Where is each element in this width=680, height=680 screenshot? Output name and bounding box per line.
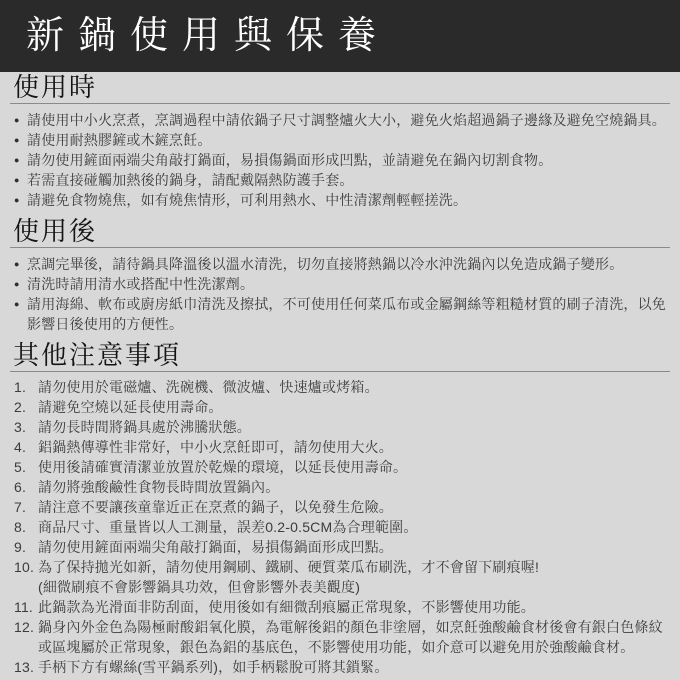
- item-number: 12.: [14, 617, 38, 637]
- other-notes-list: 1. 請勿使用於電磁爐、洗碗機、微波爐、快速爐或烤箱。 2. 請避免空燒以延長使…: [10, 377, 670, 677]
- bullet-icon: ●: [14, 170, 20, 190]
- list-item: 2. 請避免空燒以延長使用壽命。: [14, 397, 670, 417]
- page-content: 使用時 ● 請使用中小火烹煮，烹調過程中請依鍋子尺寸調整爐火大小，避免火焰超過鍋…: [0, 72, 680, 677]
- item-number: 13.: [14, 657, 38, 677]
- list-item: 13. 手柄下方有螺絲(雪平鍋系列)，如手柄鬆脫可將其鎖緊。: [14, 657, 670, 677]
- bullet-icon: ●: [14, 254, 20, 274]
- list-item: 6. 請勿將強酸鹼性食物長時間放置鍋內。: [14, 477, 670, 497]
- list-item: 3. 請勿長時間將鍋具處於沸騰狀態。: [14, 417, 670, 437]
- list-item-text: 請勿使用鏟面兩端尖角敲打鍋面，易損傷鍋面形成凹點。: [38, 537, 670, 557]
- item-number: 2.: [14, 397, 38, 417]
- list-item: ● 請勿使用鏟面兩端尖角敲打鍋面，易損傷鍋面形成凹點，並請避免在鍋內切割食物。: [14, 150, 670, 170]
- item-number: 7.: [14, 497, 38, 517]
- list-item-text: 請使用耐熱膠鏟或木鏟烹飪。: [27, 132, 212, 148]
- item-number: 3.: [14, 417, 38, 437]
- list-item: ● 請避免食物燒焦，如有燒焦情形，可利用熱水、中性清潔劑輕輕搓洗。: [14, 190, 670, 210]
- item-number: 11.: [14, 597, 38, 617]
- list-item: 10. 為了保持拋光如新，請勿使用鋼刷、鐵刷、硬質菜瓜布刷洗，才不會留下刷痕喔!…: [14, 557, 670, 597]
- list-item-text: 此鍋款為光滑面非防刮面，使用後如有細微刮痕屬正常現象，不影響使用功能。: [38, 597, 670, 617]
- item-number: 6.: [14, 477, 38, 497]
- page-header: 新鍋使用與保養: [0, 0, 680, 72]
- list-item-text: 請注意不要讓孩童靠近正在烹煮的鍋子，以免發生危險。: [38, 497, 670, 517]
- list-item-text: 請用海綿、軟布或廚房紙巾清洗及擦拭，不可使用任何菜瓜布或金屬鋼絲等粗糙材質的刷子…: [27, 296, 666, 332]
- list-item: 1. 請勿使用於電磁爐、洗碗機、微波爐、快速爐或烤箱。: [14, 377, 670, 397]
- list-item-text: 請勿將強酸鹼性食物長時間放置鍋內。: [38, 477, 670, 497]
- list-item-text: 請避免食物燒焦，如有燒焦情形，可利用熱水、中性清潔劑輕輕搓洗。: [27, 192, 467, 208]
- list-item-text: 為了保持拋光如新，請勿使用鋼刷、鐵刷、硬質菜瓜布刷洗，才不會留下刷痕喔! (細微…: [38, 557, 670, 597]
- item-number: 5.: [14, 457, 38, 477]
- list-item: ● 若需直接碰觸加熱後的鍋身，請配戴隔熱防護手套。: [14, 170, 670, 190]
- item-number: 4.: [14, 437, 38, 457]
- list-item-text: 若需直接碰觸加熱後的鍋身，請配戴隔熱防護手套。: [27, 172, 354, 188]
- bullet-icon: ●: [14, 190, 20, 210]
- usage-after-list: ● 烹調完畢後，請待鍋具降溫後以溫水清洗，切勿直接將熱鍋以冷水沖洗鍋內以免造成鍋…: [10, 254, 670, 334]
- section-usage-during: 使用時 ● 請使用中小火烹煮，烹調過程中請依鍋子尺寸調整爐火大小，避免火焰超過鍋…: [10, 72, 670, 210]
- section-heading-usage-after: 使用後: [10, 216, 670, 248]
- list-item: 5. 使用後請確實清潔並放置於乾燥的環境，以延長使用壽命。: [14, 457, 670, 477]
- section-heading-usage-during: 使用時: [10, 72, 670, 104]
- list-item: ● 請使用中小火烹煮，烹調過程中請依鍋子尺寸調整爐火大小，避免火焰超過鍋子邊緣及…: [14, 110, 670, 130]
- list-item: ● 請用海綿、軟布或廚房紙巾清洗及擦拭，不可使用任何菜瓜布或金屬鋼絲等粗糙材質的…: [14, 294, 670, 334]
- list-item-text: 請勿使用於電磁爐、洗碗機、微波爐、快速爐或烤箱。: [38, 377, 670, 397]
- list-item-text: 請勿長時間將鍋具處於沸騰狀態。: [38, 417, 670, 437]
- bullet-icon: ●: [14, 274, 20, 294]
- bullet-icon: ●: [14, 110, 20, 130]
- section-other-notes: 其他注意事項 1. 請勿使用於電磁爐、洗碗機、微波爐、快速爐或烤箱。 2. 請避…: [10, 340, 670, 677]
- bullet-icon: ●: [14, 150, 20, 170]
- list-item: 4. 鋁鍋熱傳導性非常好，中小火烹飪即可，請勿使用大火。: [14, 437, 670, 457]
- list-item: 8. 商品尺寸、重量皆以人工測量，誤差0.2-0.5CM為合理範圍。: [14, 517, 670, 537]
- page-title: 新鍋使用與保養: [26, 17, 390, 55]
- item-number: 8.: [14, 517, 38, 537]
- bullet-icon: ●: [14, 130, 20, 150]
- list-item-text: 請使用中小火烹煮，烹調過程中請依鍋子尺寸調整爐火大小，避免火焰超過鍋子邊緣及避免…: [27, 112, 666, 128]
- list-item: 12. 鍋身內外金色為陽極耐酸鋁氧化膜，為電解後鋁的顏色非塗層，如烹飪強酸鹼食材…: [14, 617, 670, 657]
- care-instruction-sheet: 新鍋使用與保養 使用時 ● 請使用中小火烹煮，烹調過程中請依鍋子尺寸調整爐火大小…: [0, 0, 680, 680]
- list-item-text: 請避免空燒以延長使用壽命。: [38, 397, 670, 417]
- section-usage-after: 使用後 ● 烹調完畢後，請待鍋具降溫後以溫水清洗，切勿直接將熱鍋以冷水沖洗鍋內以…: [10, 216, 670, 334]
- list-item-text: 使用後請確實清潔並放置於乾燥的環境，以延長使用壽命。: [38, 457, 670, 477]
- item-number: 10.: [14, 557, 38, 577]
- list-item: 11. 此鍋款為光滑面非防刮面，使用後如有細微刮痕屬正常現象，不影響使用功能。: [14, 597, 670, 617]
- list-item-text: 烹調完畢後，請待鍋具降溫後以溫水清洗，切勿直接將熱鍋以冷水沖洗鍋內以免造成鍋子變…: [27, 256, 623, 272]
- section-heading-other-notes: 其他注意事項: [10, 340, 670, 372]
- list-item-text: 商品尺寸、重量皆以人工測量，誤差0.2-0.5CM為合理範圍。: [38, 517, 670, 537]
- list-item-text: 請勿使用鏟面兩端尖角敲打鍋面，易損傷鍋面形成凹點，並請避免在鍋內切割食物。: [27, 152, 552, 168]
- list-item: 9. 請勿使用鏟面兩端尖角敲打鍋面，易損傷鍋面形成凹點。: [14, 537, 670, 557]
- list-item-text: 清洗時請用清水或搭配中性洗潔劑。: [27, 276, 254, 292]
- bullet-icon: ●: [14, 294, 20, 314]
- list-item-text: 鍋身內外金色為陽極耐酸鋁氧化膜，為電解後鋁的顏色非塗層，如烹飪強酸鹼食材後會有銀…: [38, 617, 670, 657]
- list-item: ● 烹調完畢後，請待鍋具降溫後以溫水清洗，切勿直接將熱鍋以冷水沖洗鍋內以免造成鍋…: [14, 254, 670, 274]
- list-item: ● 清洗時請用清水或搭配中性洗潔劑。: [14, 274, 670, 294]
- list-item: ● 請使用耐熱膠鏟或木鏟烹飪。: [14, 130, 670, 150]
- list-item-text: 手柄下方有螺絲(雪平鍋系列)，如手柄鬆脫可將其鎖緊。: [38, 657, 670, 677]
- list-item: 7. 請注意不要讓孩童靠近正在烹煮的鍋子，以免發生危險。: [14, 497, 670, 517]
- item-number: 1.: [14, 377, 38, 397]
- usage-during-list: ● 請使用中小火烹煮，烹調過程中請依鍋子尺寸調整爐火大小，避免火焰超過鍋子邊緣及…: [10, 110, 670, 210]
- item-number: 9.: [14, 537, 38, 557]
- list-item-text: 鋁鍋熱傳導性非常好，中小火烹飪即可，請勿使用大火。: [38, 437, 670, 457]
